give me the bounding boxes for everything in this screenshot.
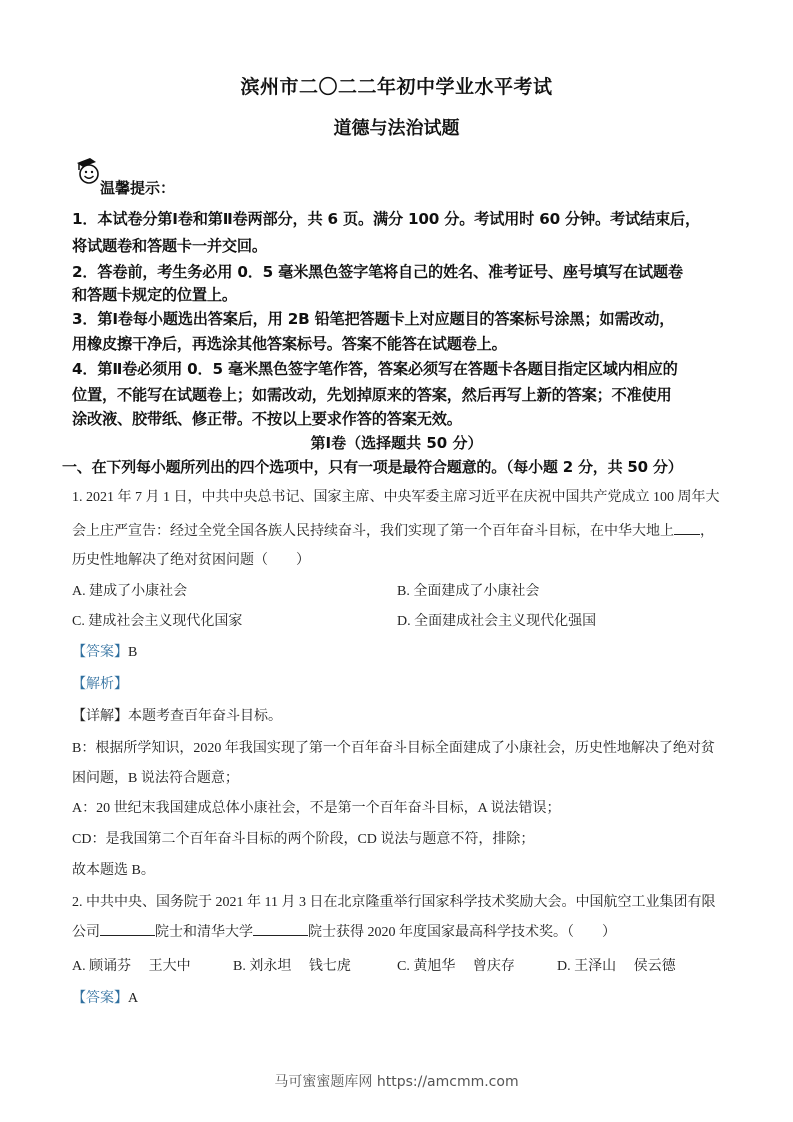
section-title: 第Ⅰ卷（选择题共 50 分）: [0, 432, 793, 453]
detail-line: A：20 世纪末我国建成总体小康社会，不是第一个百年奋斗目标，A 说法错误；: [72, 797, 560, 817]
question-stem: 2. 中共中央、国务院于 2021 年 11 月 3 日在北京隆重举行国家科学技…: [72, 891, 715, 911]
option-d: D. 全面建成社会主义现代化强国: [397, 610, 596, 630]
stem-text: 公司: [72, 925, 100, 940]
stem-text: 会上庄严宣告：经过全党全国各族人民持续奋斗，我们实现了第一个百年奋斗目标，在中华…: [72, 524, 674, 539]
option-c: C. 黄旭华 曾庆存: [397, 955, 515, 975]
answer-line: 【答案】B: [72, 641, 137, 661]
answer-blank: [674, 520, 700, 535]
answer-tag: 【答案】: [72, 645, 128, 660]
answer-blank: [100, 921, 155, 936]
tip-line: 用橡皮擦干净后，再选涂其他答案标号。答案不能答在试题卷上。: [72, 333, 507, 354]
answer-value: A: [128, 991, 138, 1006]
option-c: C. 建成社会主义现代化国家: [72, 610, 242, 630]
watermark-link[interactable]: 马可蜜蜜题库网 https://amcmm.com: [0, 1071, 793, 1091]
tip-line: 4．第Ⅱ卷必须用 0．5 毫米黑色签字笔作答，答案必须写在答题卡各题目指定区域内…: [72, 358, 678, 379]
detail-line: 【详解】本题考查百年奋斗目标。: [72, 705, 282, 725]
tip-line: 和答题卡规定的位置上。: [72, 284, 237, 305]
answer-blank: [253, 921, 308, 936]
question-stem: 1. 2021 年 7 月 1 日，中共中央总书记、国家主席、中央军委主席习近平…: [72, 486, 720, 506]
tip-line: 2．答卷前，考生务必用 0．5 毫米黑色签字笔将自己的姓名、准考证号、座号填写在…: [72, 261, 683, 282]
option-a: A. 顾诵芬 王大中: [72, 955, 191, 975]
section-instruction: 一、在下列每小题所列出的四个选项中，只有一项是最符合题意的。（每小题 2 分，共…: [62, 456, 683, 477]
exam-title: 滨州市二〇二二年初中学业水平考试: [0, 72, 793, 99]
detail-line: CD：是我国第二个百年奋斗目标的两个阶段，CD 说法与题意不符，排除；: [72, 828, 534, 848]
tip-line: 1．本试卷分第Ⅰ卷和第Ⅱ卷两部分，共 6 页。满分 100 分。考试用时 60 …: [72, 208, 700, 229]
tip-line: 涂改液、胶带纸、修正带。不按以上要求作答的答案无效。: [72, 408, 462, 429]
tip-line: 位置，不能写在试题卷上；如需改动，先划掉原来的答案，然后再写上新的答案；不准使用: [72, 384, 672, 405]
stem-text: 院士获得 2020 年度国家最高科学技术奖。（ ）: [308, 925, 616, 940]
option-d: D. 王泽山 侯云德: [557, 955, 676, 975]
tips-label: 温馨提示：: [100, 177, 175, 198]
stem-text: ，: [700, 524, 714, 539]
tip-line: 3．第Ⅰ卷每小题选出答案后，用 2B 铅笔把答题卡上对应题目的答案标号涂黑；如需…: [72, 308, 674, 329]
detail-line: 故本题选 B。: [72, 859, 155, 879]
detail-line: 困问题，B 说法符合题意；: [72, 767, 239, 787]
answer-line: 【答案】A: [72, 987, 138, 1007]
option-a: A. 建成了小康社会: [72, 580, 187, 600]
question-stem: 公司院士和清华大学院士获得 2020 年度国家最高科学技术奖。（ ）: [72, 921, 616, 941]
exam-page: 滨州市二〇二二年初中学业水平考试 道德与法治试题 温馨提示： 1．本试卷分第Ⅰ卷…: [0, 0, 793, 1122]
answer-value: B: [128, 645, 137, 660]
detail-line: B：根据所学知识，2020 年我国实现了第一个百年奋斗目标全面建成了小康社会，历…: [72, 737, 715, 757]
analysis-tag: 【解析】: [72, 673, 128, 693]
stem-text: 院士和清华大学: [155, 925, 253, 940]
exam-subtitle: 道德与法治试题: [0, 114, 793, 140]
option-b: B. 刘永坦 钱七虎: [233, 955, 351, 975]
question-stem: 会上庄严宣告：经过全党全国各族人民持续奋斗，我们实现了第一个百年奋斗目标，在中华…: [72, 520, 714, 540]
question-stem: 历史性地解决了绝对贫困问题（ ）: [72, 549, 310, 569]
tip-line: 将试题卷和答题卡一并交回。: [72, 235, 267, 256]
answer-tag: 【答案】: [72, 991, 128, 1006]
option-b: B. 全面建成了小康社会: [397, 580, 539, 600]
